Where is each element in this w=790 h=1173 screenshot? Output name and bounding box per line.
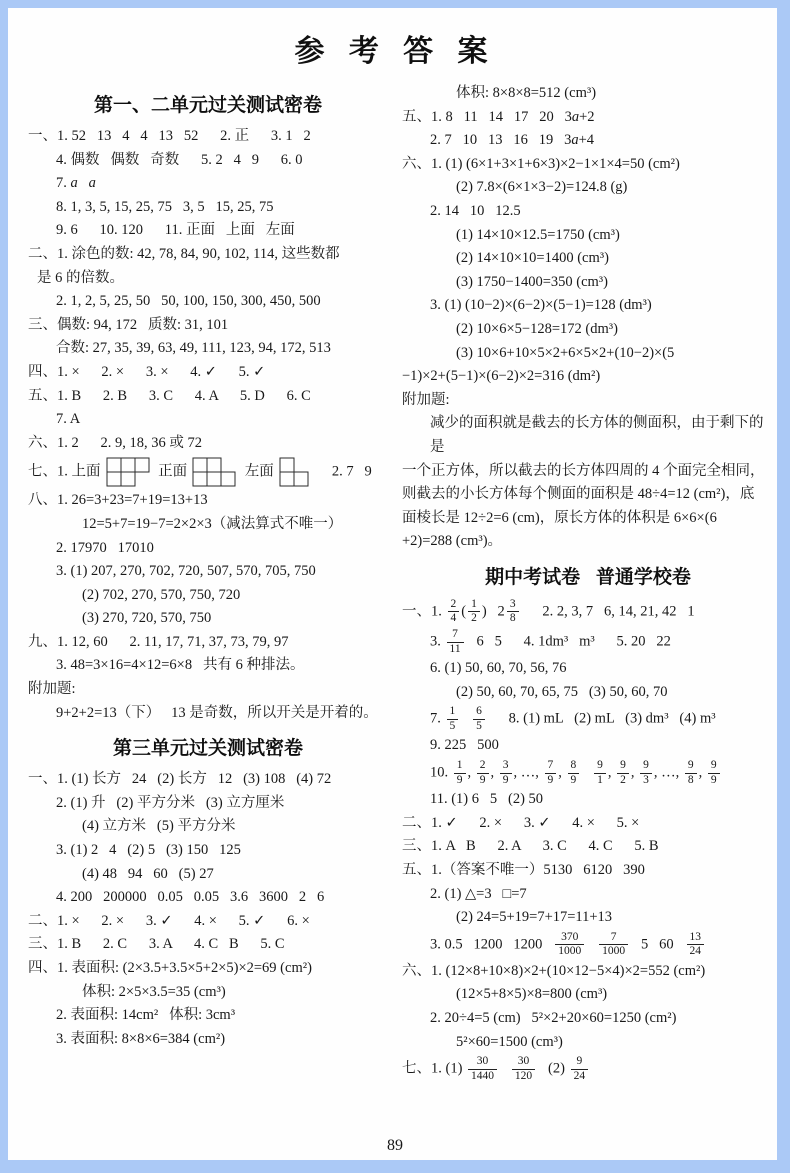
fraction: 12 xyxy=(468,598,480,626)
fraction-numerator: 1 xyxy=(447,705,459,720)
text-run xyxy=(499,1061,510,1077)
answer-line: 2. (1) 升 (2) 平方分米 (3) 立方厘米 xyxy=(28,792,388,816)
answer-line: 一个正方体，所以截去的长方体四周的 4 个面完全相同， xyxy=(402,460,774,484)
text-run: 三、偶数: 94, 172 质数: 31, 101 xyxy=(28,317,228,333)
text-run: 7. xyxy=(56,175,71,191)
text-run: 附加题: xyxy=(402,392,450,408)
text-run: 六、1. (1) (6×1+3×1+6×3)×2−1×1×4=50 (cm²) xyxy=(402,156,680,172)
answer-line: 减少的面积就是截去的长方体的侧面积，由于剩下的是 xyxy=(402,412,774,459)
fraction: 79 xyxy=(545,759,557,787)
text-run: 七、1. 上面 xyxy=(28,464,101,480)
answer-line: 3. (1) (10−2)×(6−2)×(5−1)=128 (dm³) xyxy=(402,294,774,318)
fraction-denominator: 9 xyxy=(500,774,512,788)
text-run: 2. (1) 升 (2) 平方分米 (3) 立方厘米 xyxy=(56,795,284,811)
fraction-denominator: 3 xyxy=(640,774,652,788)
text-run: , …, xyxy=(654,764,683,780)
answer-line: 3. (1) 2 4 (2) 5 (3) 150 125 xyxy=(28,839,388,863)
text-run: 六、1. 2 2. 9, 18, 36 或 72 xyxy=(28,435,202,451)
text-run: 11. (1) 6 5 (2) 50 xyxy=(430,791,543,807)
page-border-bottom xyxy=(0,1160,790,1173)
answer-line: 附加题: xyxy=(28,678,388,702)
text-run: 6. (1) 50, 60, 70, 56, 76 xyxy=(430,660,567,676)
answer-line: 3. (1) 207, 270, 702, 720, 507, 570, 705… xyxy=(28,560,388,584)
text-run: , xyxy=(631,764,638,780)
text-run: 七、1. (1) xyxy=(402,1061,466,1077)
answer-line: 2. 20÷4=5 (cm) 5²×2+20×60=1250 (cm²) xyxy=(402,1007,774,1031)
text-run: (4) 立方米 (5) 平方分米 xyxy=(82,818,235,834)
text-run: (2) 702, 270, 570, 750, 720 xyxy=(82,587,240,603)
text-run: 12=5+7=19−7=2×2×3（减法算式不唯一） xyxy=(82,516,342,532)
text-run: 是 6 的倍数。 xyxy=(37,270,124,286)
text-run: 体积: 8×8×8=512 (cm³) xyxy=(456,85,596,101)
fraction-denominator: 9 xyxy=(454,774,466,788)
fraction: 924 xyxy=(571,1055,589,1083)
text-run: , …, xyxy=(514,764,543,780)
text-run xyxy=(581,764,592,780)
text-run: 面棱长是 12÷2=6 (cm)，原长方体的体积是 6×6×(6 xyxy=(402,510,717,526)
text-run: (2) 7.8×(6×1×3−2)=124.8 (g) xyxy=(456,179,627,195)
text-run: 4. 偶数 偶数 奇数 5. 2 4 9 6. 0 xyxy=(56,152,303,168)
text-run: 2. 20÷4=5 (cm) 5²×2+20×60=1250 (cm²) xyxy=(430,1010,676,1026)
fraction-numerator: 8 xyxy=(568,759,580,774)
fraction: 711 xyxy=(447,628,464,656)
answer-line: 7. 15 65 8. (1) mL (2) mL (3) dm³ (4) m³ xyxy=(402,704,774,734)
math-variable: a xyxy=(89,175,96,191)
text-run: 5²×60=1500 (cm³) xyxy=(456,1034,563,1050)
view-diagram xyxy=(279,457,309,487)
fraction: 30120 xyxy=(512,1055,535,1083)
answer-line: 9. 225 500 xyxy=(402,734,774,758)
fraction: 65 xyxy=(473,705,485,733)
answer-line: 六、1. (12×8+10×8)×2+(10×12−5×4)×2=552 (cm… xyxy=(402,960,774,984)
text-run: 2. 17970 17010 xyxy=(56,540,154,556)
text-run: 则截去的小长方体每个侧面的面积是 48÷4=12 (cm²)，底 xyxy=(402,486,754,502)
fraction-numerator: 7 xyxy=(447,628,464,643)
text-run: 四、1. × 2. × 3. × 4. ✓ 5. ✓ xyxy=(28,364,265,380)
text-run: 一、1. xyxy=(402,603,446,619)
left-column: 第一、二单元过关测试密卷一、1. 52 13 4 4 13 52 2. 正 3.… xyxy=(28,82,388,1051)
text-run: 3. 0.5 1200 1200 xyxy=(430,936,553,952)
right-column: 体积: 8×8×8=512 (cm³)五、1. 8 11 14 17 20 3a… xyxy=(402,82,774,1084)
fraction-numerator: 9 xyxy=(708,759,720,774)
text-run: 2. 表面积: 14cm² 体积: 3cm³ xyxy=(56,1007,235,1023)
text-run: 一、1. 52 13 4 4 13 52 2. 正 3. 1 2 xyxy=(28,128,311,144)
answer-line: 2. 17970 17010 xyxy=(28,537,388,561)
page-border-left xyxy=(0,0,8,1173)
text-run: (3) 270, 720, 570, 750 xyxy=(82,610,211,626)
text-run: , xyxy=(558,764,565,780)
fraction-numerator: 3 xyxy=(507,598,519,613)
fraction-denominator: 24 xyxy=(687,945,705,959)
fraction: 3701000 xyxy=(555,931,584,959)
math-variable: a xyxy=(71,175,78,191)
fraction-denominator: 2 xyxy=(468,612,480,626)
text-run: , xyxy=(468,764,475,780)
text-run: 正面 xyxy=(155,464,188,480)
answer-line: (2) 24=5+19=7+17=11+13 xyxy=(402,906,774,930)
fraction: 19 xyxy=(454,759,466,787)
text-run: 左面 xyxy=(241,464,274,480)
answer-line: 9. 6 10. 120 11. 正面 上面 左面 xyxy=(28,219,388,243)
answer-line: 六、1. 2 2. 9, 18, 36 或 72 xyxy=(28,432,388,456)
text-run: (2) 10×6×5−128=172 (dm³) xyxy=(456,321,618,337)
text-run: 二、1. ✓ 2. × 3. ✓ 4. × 5. × xyxy=(402,815,639,831)
text-run: 2. 7 9 xyxy=(314,464,372,480)
text-run: 3. (1) 2 4 (2) 5 (3) 150 125 xyxy=(56,842,241,858)
section-heading: 期中考试卷 普通学校卷 xyxy=(402,562,774,589)
text-run: , xyxy=(491,764,498,780)
answer-line: 10. 19, 29, 39, …, 79, 89 91, 92, 93, …,… xyxy=(402,758,774,788)
view-diagram xyxy=(192,457,236,487)
fraction: 71000 xyxy=(599,931,628,959)
fraction-numerator: 2 xyxy=(448,598,460,613)
fraction: 93 xyxy=(640,759,652,787)
text-run: (12×5+8×5)×8=800 (cm³) xyxy=(456,986,607,1002)
text-run: 2. (1) △=3 □=7 xyxy=(430,886,527,902)
fraction-numerator: 30 xyxy=(512,1055,535,1070)
answer-line: (12×5+8×5)×8=800 (cm³) xyxy=(402,983,774,1007)
text-run: 九、1. 12, 60 2. 11, 17, 71, 37, 73, 79, 9… xyxy=(28,634,288,650)
workbook-answer-page: 参 考 答 案 第一、二单元过关测试密卷一、1. 52 13 4 4 13 52… xyxy=(0,0,790,1173)
text-run xyxy=(78,175,89,191)
fraction: 91 xyxy=(594,759,606,787)
text-run: ( xyxy=(461,603,466,619)
answer-line: 体积: 8×8×8=512 (cm³) xyxy=(402,82,774,106)
text-run: 六、1. (12×8+10×8)×2+(10×12−5×4)×2=552 (cm… xyxy=(402,963,705,979)
answer-line: 3. 表面积: 8×8×6=384 (cm²) xyxy=(28,1028,388,1052)
answer-line: 3. 0.5 1200 1200 3701000 71000 5 60 1324 xyxy=(402,930,774,960)
text-run: 3. (1) 207, 270, 702, 720, 507, 570, 705… xyxy=(56,563,316,579)
text-run: 体积: 2×5×3.5=35 (cm³) xyxy=(82,984,226,1000)
text-run: 9. 6 10. 120 11. 正面 上面 左面 xyxy=(56,222,295,238)
answer-line: 8. 1, 3, 5, 15, 25, 75 3, 5 15, 25, 75 xyxy=(28,196,388,220)
text-run: 2. 14 10 12.5 xyxy=(430,203,521,219)
text-run: 一个正方体，所以截去的长方体四周的 4 个面完全相同， xyxy=(402,463,765,479)
page-title: 参 考 答 案 xyxy=(0,26,790,70)
answer-line: 9+2+2=13（下） 13 是奇数，所以开关是开着的。 xyxy=(28,702,388,726)
text-run: 4. 200 200000 0.05 0.05 3.6 3600 2 6 xyxy=(56,889,324,905)
answer-line: 2. 1, 2, 5, 25, 50 50, 100, 150, 300, 45… xyxy=(28,290,388,314)
text-run: 3. (1) (10−2)×(6−2)×(5−1)=128 (dm³) xyxy=(430,297,652,313)
fraction: 92 xyxy=(617,759,629,787)
answer-line: 五、1. 8 11 14 17 20 3a+2 xyxy=(402,106,774,130)
answer-line: 一、1. (1) 长方 24 (2) 长方 12 (3) 108 (4) 72 xyxy=(28,768,388,792)
text-run: 3. 48=3×16=4×12=6×8 共有 6 种排法。 xyxy=(56,657,304,673)
fraction-numerator: 9 xyxy=(685,759,697,774)
text-run: 三、1. A B 2. A 3. C 4. C 5. B xyxy=(402,838,659,854)
text-run: , xyxy=(699,764,706,780)
answer-line: 面棱长是 12÷2=6 (cm)，原长方体的体积是 6×6×(6 xyxy=(402,507,774,531)
view-diagram xyxy=(106,457,150,487)
page-number: 89 xyxy=(0,1137,790,1155)
text-run: 5 60 xyxy=(630,936,684,952)
text-run: 2. 2, 3, 7 6, 14, 21, 42 1 xyxy=(521,603,695,619)
text-run: ) 2 xyxy=(482,603,505,619)
fraction-numerator: 9 xyxy=(617,759,629,774)
text-run: 附加题: xyxy=(28,681,76,697)
answer-line: 七、1. 上面 正面 左面 2. 7 9 xyxy=(28,455,388,489)
fraction: 301440 xyxy=(468,1055,497,1083)
text-run: 6 5 4. 1dm³ m³ 5. 20 22 xyxy=(466,633,671,649)
text-run: +2)=288 (cm³)。 xyxy=(402,533,502,549)
text-run: (2) 14×10×10=1400 (cm³) xyxy=(456,250,609,266)
fraction-numerator: 9 xyxy=(571,1055,589,1070)
answer-line: 三、偶数: 94, 172 质数: 31, 101 xyxy=(28,314,388,338)
text-run: 9+2+2=13（下） 13 是奇数，所以开关是开着的。 xyxy=(56,705,378,721)
answer-line: (2) 50, 60, 70, 65, 75 (3) 50, 60, 70 xyxy=(402,681,774,705)
answer-line: 12=5+7=19−7=2×2×3（减法算式不唯一） xyxy=(28,513,388,537)
answer-line: 一、1. 52 13 4 4 13 52 2. 正 3. 1 2 xyxy=(28,125,388,149)
fraction: 24 xyxy=(448,598,460,626)
answer-line: 二、1. 涂色的数: 42, 78, 84, 90, 102, 114, 这些数… xyxy=(28,243,388,267)
fraction-numerator: 30 xyxy=(468,1055,497,1070)
text-run: 二、1. 涂色的数: 42, 78, 84, 90, 102, 114, 这些数… xyxy=(28,246,340,262)
text-run: +4 xyxy=(579,132,594,148)
fraction: 29 xyxy=(477,759,489,787)
answer-line: 2. 7 10 13 16 19 3a+4 xyxy=(402,129,774,153)
answer-line: (4) 48 94 60 (5) 27 xyxy=(28,863,388,887)
fraction-denominator: 4 xyxy=(448,612,460,626)
answer-line: 四、1. × 2. × 3. × 4. ✓ 5. ✓ xyxy=(28,361,388,385)
text-run: 3. 表面积: 8×8×6=384 (cm²) xyxy=(56,1031,225,1047)
fraction-numerator: 370 xyxy=(555,931,584,946)
answer-line: 5²×60=1500 (cm³) xyxy=(402,1031,774,1055)
answer-line: (4) 立方米 (5) 平方分米 xyxy=(28,815,388,839)
answer-line: 体积: 2×5×3.5=35 (cm³) xyxy=(28,981,388,1005)
answer-line: (2) 702, 270, 570, 750, 720 xyxy=(28,584,388,608)
fraction-denominator: 120 xyxy=(512,1070,535,1084)
answer-line: 4. 200 200000 0.05 0.05 3.6 3600 2 6 xyxy=(28,886,388,910)
fraction-denominator: 5 xyxy=(447,720,459,734)
math-variable: a xyxy=(572,109,579,125)
text-run: 三、1. B 2. C 3. A 4. C B 5. C xyxy=(28,936,285,952)
section-heading: 第一、二单元过关测试密卷 xyxy=(28,90,388,117)
fraction: 39 xyxy=(500,759,512,787)
text-run: 8. 1, 3, 5, 15, 25, 75 3, 5 15, 25, 75 xyxy=(56,199,274,215)
answer-line: 五、1. B 2. B 3. C 4. A 5. D 6. C xyxy=(28,385,388,409)
text-run: (3) 10×6+10×5×2+6×5×2+(10−2)×(5 xyxy=(456,345,674,361)
fraction-numerator: 7 xyxy=(545,759,557,774)
fraction-numerator: 6 xyxy=(473,705,485,720)
answer-line: 四、1. 表面积: (2×3.5+3.5×5+2×5)×2=69 (cm²) xyxy=(28,957,388,981)
answer-line: (3) 270, 720, 570, 750 xyxy=(28,607,388,631)
fraction: 1324 xyxy=(687,931,705,959)
fraction-numerator: 9 xyxy=(640,759,652,774)
answer-line: +2)=288 (cm³)。 xyxy=(402,530,774,554)
answer-line: 二、1. × 2. × 3. ✓ 4. × 5. ✓ 6. × xyxy=(28,910,388,934)
answer-line: 附加题: xyxy=(402,389,774,413)
fraction-numerator: 13 xyxy=(687,931,705,946)
text-run: 一、1. (1) 长方 24 (2) 长方 12 (3) 108 (4) 72 xyxy=(28,771,331,787)
text-run: −1)×2+(5−1)×(6−2)×2=316 (dm²) xyxy=(402,368,600,384)
answer-line: (3) 10×6+10×5×2+6×5×2+(10−2)×(5 xyxy=(402,342,774,366)
answer-line: 3. 711 6 5 4. 1dm³ m³ 5. 20 22 xyxy=(402,627,774,657)
fraction: 38 xyxy=(507,598,519,626)
text-run: 7. A xyxy=(56,411,80,427)
fraction-denominator: 9 xyxy=(545,774,557,788)
text-run: +2 xyxy=(579,109,594,125)
fraction-numerator: 3 xyxy=(500,759,512,774)
text-run: 五、1.（答案不唯一）5130 6120 390 xyxy=(402,862,645,878)
fraction-denominator: 1 xyxy=(594,774,606,788)
fraction: 98 xyxy=(685,759,697,787)
section-heading: 第三单元过关测试密卷 xyxy=(28,733,388,760)
text-run: 四、1. 表面积: (2×3.5+3.5×5+2×5)×2=69 (cm²) xyxy=(28,960,312,976)
answer-line: 是 6 的倍数。 xyxy=(28,267,388,291)
fraction-denominator: 8 xyxy=(685,774,697,788)
page-border-right xyxy=(777,0,790,1173)
fraction-numerator: 1 xyxy=(468,598,480,613)
text-run: 3. xyxy=(430,633,445,649)
answer-line: 三、1. A B 2. A 3. C 4. C 5. B xyxy=(402,835,774,859)
answer-line: 八、1. 26=3+23=7+19=13+13 xyxy=(28,489,388,513)
fraction: 15 xyxy=(447,705,459,733)
text-run: 减少的面积就是截去的长方体的侧面积，由于剩下的是 xyxy=(430,415,764,455)
text-run: , xyxy=(608,764,615,780)
text-run: 10. xyxy=(430,764,452,780)
answer-line: −1)×2+(5−1)×(6−2)×2=316 (dm²) xyxy=(402,365,774,389)
answer-line: 六、1. (1) (6×1+3×1+6×3)×2−1×1×4=50 (cm²) xyxy=(402,153,774,177)
answer-line: 11. (1) 6 5 (2) 50 xyxy=(402,788,774,812)
text-run: 9. 225 500 xyxy=(430,737,499,753)
text-run: 7. xyxy=(430,711,445,727)
answer-line: 九、1. 12, 60 2. 11, 17, 71, 37, 73, 79, 9… xyxy=(28,631,388,655)
fraction-denominator: 1000 xyxy=(599,945,628,959)
text-run: 合数: 27, 35, 39, 63, 49, 111, 123, 94, 17… xyxy=(56,340,331,356)
text-run xyxy=(586,936,597,952)
two-column-layout: 第一、二单元过关测试密卷一、1. 52 13 4 4 13 52 2. 正 3.… xyxy=(0,78,790,1084)
text-run: 8. (1) mL (2) mL (3) dm³ (4) m³ xyxy=(487,711,716,727)
answer-line: 3. 48=3×16=4×12=6×8 共有 6 种排法。 xyxy=(28,654,388,678)
text-run: 八、1. 26=3+23=7+19=13+13 xyxy=(28,492,208,508)
text-run: 五、1. 8 11 14 17 20 3 xyxy=(402,109,572,125)
fraction: 89 xyxy=(568,759,580,787)
answer-line: (2) 14×10×10=1400 (cm³) xyxy=(402,247,774,271)
text-run: (2) 24=5+19=7+17=11+13 xyxy=(456,909,612,925)
text-run: 二、1. × 2. × 3. ✓ 4. × 5. ✓ 6. × xyxy=(28,913,310,929)
text-run: (3) 1750−1400=350 (cm³) xyxy=(456,274,608,290)
text-run: (2) 50, 60, 70, 65, 75 (3) 50, 60, 70 xyxy=(456,684,667,700)
text-run: (2) xyxy=(537,1061,568,1077)
text-run: (1) 14×10×12.5=1750 (cm³) xyxy=(456,227,620,243)
fraction-numerator: 9 xyxy=(594,759,606,774)
text-run: 2. 7 10 13 16 19 3 xyxy=(430,132,571,148)
answer-line: 五、1.（答案不唯一）5130 6120 390 xyxy=(402,859,774,883)
fraction-denominator: 2 xyxy=(617,774,629,788)
text-run xyxy=(460,711,471,727)
page-border-top xyxy=(0,0,790,8)
fraction-denominator: 5 xyxy=(473,720,485,734)
fraction-denominator: 1440 xyxy=(468,1070,497,1084)
fraction-denominator: 9 xyxy=(477,774,489,788)
answer-line: 二、1. ✓ 2. × 3. ✓ 4. × 5. × xyxy=(402,812,774,836)
fraction-denominator: 11 xyxy=(447,643,464,657)
text-run: 2. 1, 2, 5, 25, 50 50, 100, 150, 300, 45… xyxy=(56,293,321,309)
fraction-denominator: 9 xyxy=(708,774,720,788)
answer-line: (1) 14×10×12.5=1750 (cm³) xyxy=(402,224,774,248)
answer-line: 4. 偶数 偶数 奇数 5. 2 4 9 6. 0 xyxy=(28,149,388,173)
text-run: 五、1. B 2. B 3. C 4. A 5. D 6. C xyxy=(28,388,311,404)
math-variable: a xyxy=(571,132,578,148)
fraction-denominator: 1000 xyxy=(555,945,584,959)
answer-line: 三、1. B 2. C 3. A 4. C B 5. C xyxy=(28,933,388,957)
answer-line: (2) 10×6×5−128=172 (dm³) xyxy=(402,318,774,342)
fraction-denominator: 24 xyxy=(571,1070,589,1084)
answer-line: 合数: 27, 35, 39, 63, 49, 111, 123, 94, 17… xyxy=(28,337,388,361)
answer-line: 一、1. 24(12) 238 2. 2, 3, 7 6, 14, 21, 42… xyxy=(402,597,774,627)
answer-line: 则截去的小长方体每个侧面的面积是 48÷4=12 (cm²)，底 xyxy=(402,483,774,507)
answer-line: 7. a a xyxy=(28,172,388,196)
answer-line: 2. 14 10 12.5 xyxy=(402,200,774,224)
text-run: (4) 48 94 60 (5) 27 xyxy=(82,866,214,882)
answer-line: 2. 表面积: 14cm² 体积: 3cm³ xyxy=(28,1004,388,1028)
answer-line: (3) 1750−1400=350 (cm³) xyxy=(402,271,774,295)
answer-line: (2) 7.8×(6×1×3−2)=124.8 (g) xyxy=(402,176,774,200)
answer-line: 7. A xyxy=(28,408,388,432)
fraction-numerator: 1 xyxy=(454,759,466,774)
fraction-numerator: 2 xyxy=(477,759,489,774)
fraction-numerator: 7 xyxy=(599,931,628,946)
answer-line: 2. (1) △=3 □=7 xyxy=(402,883,774,907)
fraction: 99 xyxy=(708,759,720,787)
answer-line: 6. (1) 50, 60, 70, 56, 76 xyxy=(402,657,774,681)
fraction-denominator: 8 xyxy=(507,612,519,626)
fraction-denominator: 9 xyxy=(568,774,580,788)
answer-line: 七、1. (1) 301440 30120 (2) 924 xyxy=(402,1054,774,1084)
